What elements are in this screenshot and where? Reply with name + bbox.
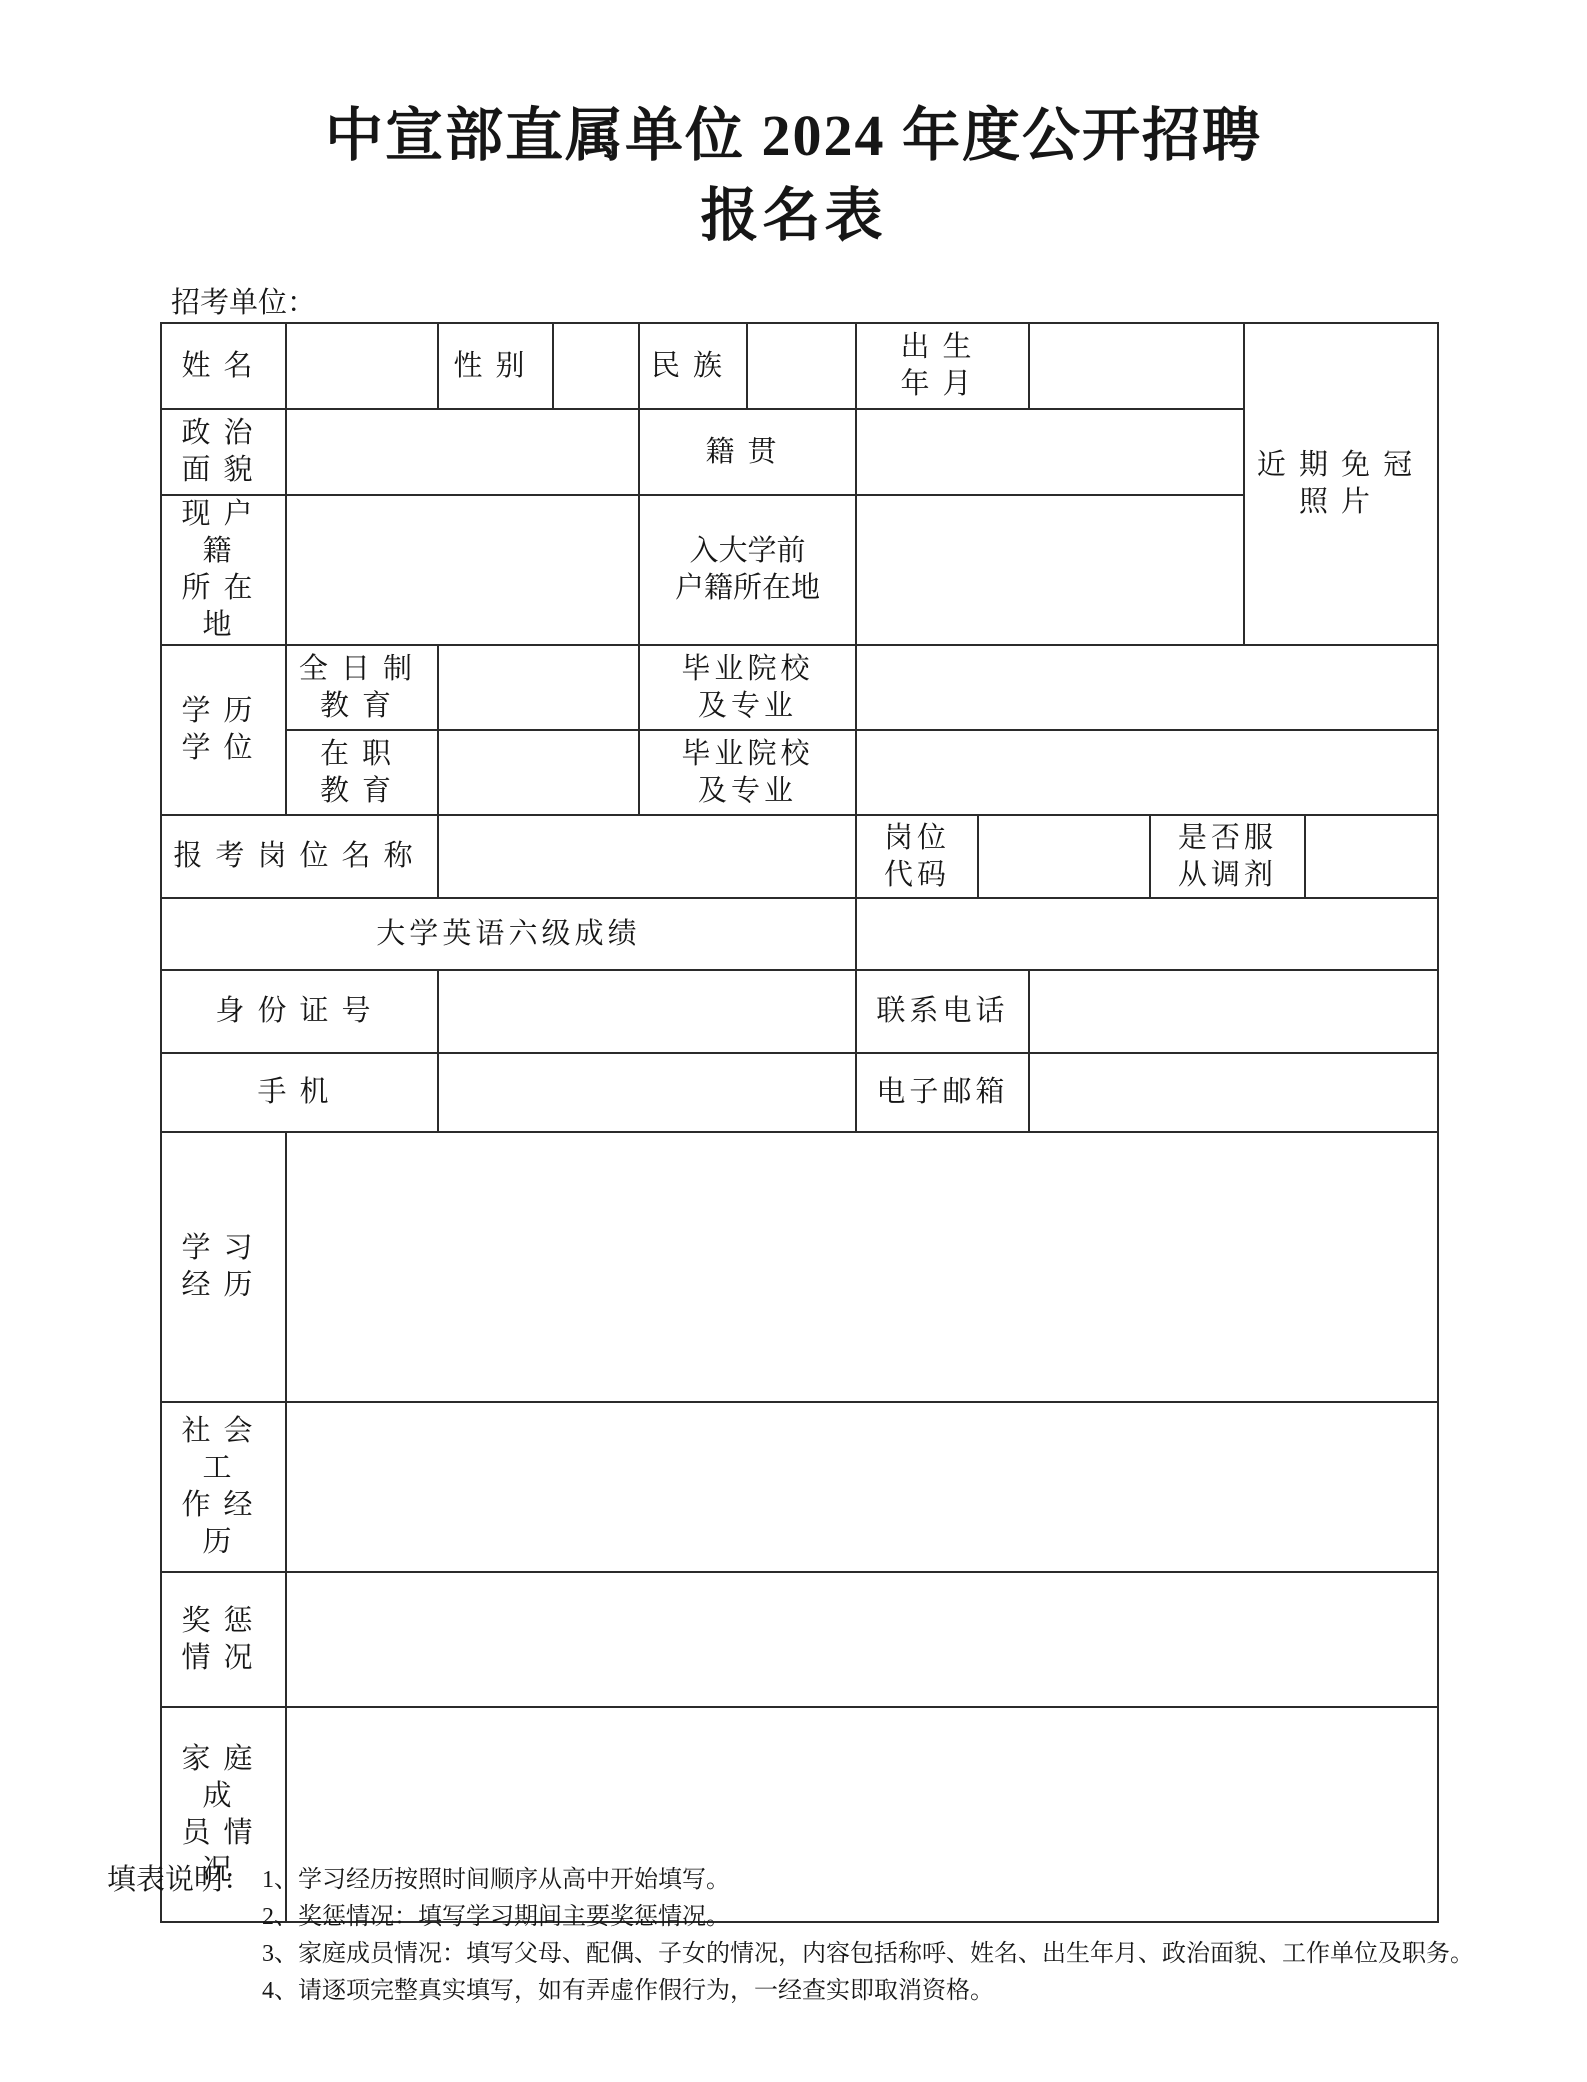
row-basic-info: 姓名 性别 民族 出生 年月 近期免冠 照片 (161, 323, 1438, 409)
study-experience-label: 学习 经历 (181, 1230, 265, 1304)
row-inservice-education: 在职 教育 毕业院校 及专业 (161, 730, 1438, 815)
current-household-label: 现户籍 所在地 (162, 496, 285, 644)
ethnicity-label: 民族 (651, 348, 735, 385)
obey-adjustment-label-cell: 是否服 从调剂 (1150, 815, 1305, 898)
birth-date-label: 出生 年月 (900, 329, 984, 403)
position-code-label-cell: 岗位 代码 (856, 815, 978, 898)
political-status-label: 政治 面貌 (181, 415, 265, 489)
applied-position-label: 报考岗位名称 (173, 838, 425, 875)
social-work-value-cell (286, 1402, 1438, 1572)
native-place-value-cell (856, 409, 1244, 495)
social-work-label: 社会工 作经历 (162, 1413, 285, 1561)
mobile-value-cell (438, 1053, 856, 1132)
row-position: 报考岗位名称 岗位 代码 是否服 从调剂 (161, 815, 1438, 898)
cet6-value-cell (856, 898, 1438, 970)
page-subtitle: 报名表 (0, 168, 1587, 252)
inservice-school-major-value-cell (856, 730, 1438, 815)
photo-cell: 近期免冠 照片 (1244, 323, 1438, 645)
row-reward-punishment: 奖惩 情况 (161, 1572, 1438, 1707)
row-study-experience: 学习 经历 (161, 1132, 1438, 1402)
inservice-education-label-cell: 在职 教育 (286, 730, 438, 815)
study-experience-label-cell: 学习 经历 (161, 1132, 286, 1402)
reward-punishment-label-cell: 奖惩 情况 (161, 1572, 286, 1707)
mobile-label-cell: 手机 (161, 1053, 438, 1132)
education-degree-label-cell: 学历 学位 (161, 645, 286, 815)
native-place-label: 籍贯 (705, 434, 789, 471)
birth-date-value-cell (1029, 323, 1244, 409)
note-item-4: 4、请逐项完整真实填写，如有弄虚作假行为，一经查实即取消资格。 (262, 1973, 1474, 2010)
political-status-value-cell (286, 409, 639, 495)
row-mobile-email: 手机 电子邮箱 (161, 1053, 1438, 1132)
note-item-2: 2、奖惩情况：填写学习期间主要奖惩情况。 (262, 1899, 1474, 1936)
applied-position-label-cell: 报考岗位名称 (161, 815, 438, 898)
contact-phone-label: 联系电话 (876, 993, 1008, 1030)
page-title: 中宣部直属单位 2024 年度公开招聘 (0, 88, 1587, 172)
position-code-value-cell (978, 815, 1150, 898)
mobile-label: 手机 (257, 1074, 341, 1111)
fulltime-school-major-label-cell: 毕业院校 及专业 (639, 645, 856, 730)
gender-value-cell (553, 323, 639, 409)
recruiting-unit-label: 招考单位： (171, 280, 316, 321)
row-fulltime-education: 学历 学位 全日制 教育 毕业院校 及专业 (161, 645, 1438, 730)
row-cet6: 大学英语六级成绩 (161, 898, 1438, 970)
id-number-label-cell: 身份证号 (161, 970, 438, 1053)
social-work-label-cell: 社会工 作经历 (161, 1402, 286, 1572)
political-status-label-cell: 政治 面貌 (161, 409, 286, 495)
current-household-value-cell (286, 495, 639, 645)
fulltime-education-value-cell (438, 645, 639, 730)
cet6-label-cell: 大学英语六级成绩 (161, 898, 856, 970)
note-item-3: 3、家庭成员情况：填写父母、配偶、子女的情况，内容包括称呼、姓名、出生年月、政治… (262, 1936, 1474, 1973)
email-label: 电子邮箱 (876, 1074, 1008, 1111)
id-number-value-cell (438, 970, 856, 1053)
note-item-1: 1、学习经历按照时间顺序从高中开始填写。 (262, 1862, 1474, 1899)
pre-university-household-label-cell: 入大学前 户籍所在地 (639, 495, 856, 645)
native-place-label-cell: 籍贯 (639, 409, 856, 495)
study-experience-value-cell (286, 1132, 1438, 1402)
email-value-cell (1029, 1053, 1438, 1132)
row-social-work: 社会工 作经历 (161, 1402, 1438, 1572)
inservice-school-major-label-cell: 毕业院校 及专业 (639, 730, 856, 815)
contact-phone-label-cell: 联系电话 (856, 970, 1029, 1053)
current-household-label-cell: 现户籍 所在地 (161, 495, 286, 645)
inservice-education-label: 在职 教育 (320, 736, 404, 810)
fulltime-education-label: 全日制 教育 (299, 651, 425, 725)
reward-punishment-label: 奖惩 情况 (181, 1603, 265, 1677)
obey-adjustment-label: 是否服 从调剂 (1178, 820, 1277, 894)
applied-position-value-cell (438, 815, 856, 898)
fulltime-education-label-cell: 全日制 教育 (286, 645, 438, 730)
application-form-table: 姓名 性别 民族 出生 年月 近期免冠 照片 政治 面貌 籍贯 现户籍 所在地 … (160, 322, 1439, 1923)
name-label: 姓名 (181, 348, 265, 385)
notes-items: 1、学习经历按照时间顺序从高中开始填写。 2、奖惩情况：填写学习期间主要奖惩情况… (262, 1862, 1474, 2010)
pre-university-household-value-cell (856, 495, 1244, 645)
application-form-page: 中宣部直属单位 2024 年度公开招聘 报名表 招考单位： 姓名 性别 民族 出… (0, 0, 1587, 2082)
reward-punishment-value-cell (286, 1572, 1438, 1707)
contact-phone-value-cell (1029, 970, 1438, 1053)
email-label-cell: 电子邮箱 (856, 1053, 1029, 1132)
ethnicity-value-cell (747, 323, 856, 409)
name-label-cell: 姓名 (161, 323, 286, 409)
name-value-cell (286, 323, 438, 409)
birth-date-label-cell: 出生 年月 (856, 323, 1029, 409)
fulltime-school-major-label: 毕业院校 及专业 (681, 651, 813, 725)
notes-heading: 填表说明： (107, 1862, 252, 1899)
inservice-education-value-cell (438, 730, 639, 815)
gender-label-cell: 性别 (438, 323, 553, 409)
pre-university-household-label: 入大学前 户籍所在地 (675, 533, 820, 607)
obey-adjustment-value-cell (1305, 815, 1438, 898)
inservice-school-major-label: 毕业院校 及专业 (681, 736, 813, 810)
photo-placeholder-label: 近期免冠 照片 (1257, 447, 1425, 521)
education-degree-label: 学历 学位 (181, 693, 265, 767)
form-notes: 填表说明： 1、学习经历按照时间顺序从高中开始填写。 2、奖惩情况：填写学习期间… (107, 1862, 1474, 2010)
position-code-label: 岗位 代码 (884, 820, 950, 894)
gender-label: 性别 (453, 348, 537, 385)
row-id-contact: 身份证号 联系电话 (161, 970, 1438, 1053)
fulltime-school-major-value-cell (856, 645, 1438, 730)
ethnicity-label-cell: 民族 (639, 323, 747, 409)
cet6-label: 大学英语六级成绩 (376, 916, 640, 953)
id-number-label: 身份证号 (215, 993, 383, 1030)
